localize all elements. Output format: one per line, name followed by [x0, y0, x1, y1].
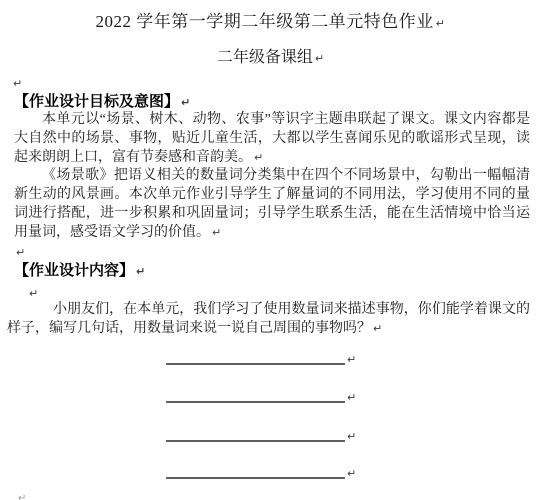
paragraph-text: 《场景歌》把语义相关的数量词分类集中在四个不同场景中，勾勒出一幅幅清新生动的风景… — [14, 168, 530, 239]
document-subtitle-text: 二年级备课组 — [217, 49, 313, 66]
section-heading-goals: 【作业设计目标及意图】↵ — [14, 93, 190, 112]
paragraph: 小朋友们，在本单元，我们学习了使用数量词来描述事物，你们能学着课文的样子，编写几… — [7, 301, 530, 339]
paragraph-mark-icon: ↵ — [347, 353, 356, 366]
paragraph: 《场景歌》把语义相关的数量词分类集中在四个不同场景中，勾勒出一幅幅清新生动的风景… — [14, 167, 530, 242]
answer-blank-line: ↵ — [166, 477, 345, 479]
paragraph-mark-icon: ↵ — [315, 52, 324, 65]
document-page: 2022 学年第一学期二年级第二单元特色作业↵ 二年级备课组↵ ↵ 【作业设计目… — [0, 0, 541, 500]
document-subtitle: 二年级备课组↵ — [0, 47, 541, 69]
paragraph-mark-icon: ↵ — [136, 265, 145, 278]
section-goals-body: 本单元以“场景、树木、动物、农事”等识字主题串联起了课文。课文内容都是大自然中的… — [14, 111, 530, 243]
paragraph-mark-icon: ↵ — [254, 151, 263, 164]
document-title-text: 2022 学年第一学期二年级第二单元特色作业 — [96, 12, 434, 31]
answer-blank-line: ↵ — [166, 401, 345, 403]
paragraph-mark-icon: ↵ — [29, 287, 38, 300]
paragraph-mark-icon: ↵ — [347, 467, 356, 480]
paragraph-mark-icon: ↵ — [373, 322, 382, 335]
paragraph-mark-icon: ↵ — [436, 17, 446, 30]
paragraph-mark-icon: ↵ — [181, 96, 190, 109]
section-heading-text: 【作业设计目标及意图】 — [14, 94, 179, 110]
answer-blank-line: ↵ — [166, 440, 345, 442]
paragraph-mark-icon: ↵ — [347, 430, 356, 443]
section-content-body: 小朋友们，在本单元，我们学习了使用数量词来描述事物，你们能学着课文的样子，编写几… — [7, 301, 530, 339]
paragraph-mark-icon: ↵ — [13, 77, 22, 90]
paragraph-text: 小朋友们，在本单元，我们学习了使用数量词来描述事物，你们能学着课文的样子，编写几… — [7, 302, 530, 336]
section-heading-content: 【作业设计内容】↵ — [14, 262, 145, 281]
answer-blank-line: ↵ — [166, 363, 345, 365]
document-title: 2022 学年第一学期二年级第二单元特色作业↵ — [0, 10, 541, 36]
paragraph-mark-icon: ↵ — [347, 391, 356, 404]
section-heading-text: 【作业设计内容】 — [14, 263, 134, 279]
paragraph-mark-icon: ↵ — [18, 493, 26, 500]
paragraph-text: 本单元以“场景、树木、动物、农事”等识字主题串联起了课文。课文内容都是大自然中的… — [14, 112, 530, 165]
paragraph-mark-icon: ↵ — [212, 226, 221, 239]
paragraph: 本单元以“场景、树木、动物、农事”等识字主题串联起了课文。课文内容都是大自然中的… — [14, 111, 530, 167]
paragraph-mark-icon: ↵ — [16, 246, 25, 259]
